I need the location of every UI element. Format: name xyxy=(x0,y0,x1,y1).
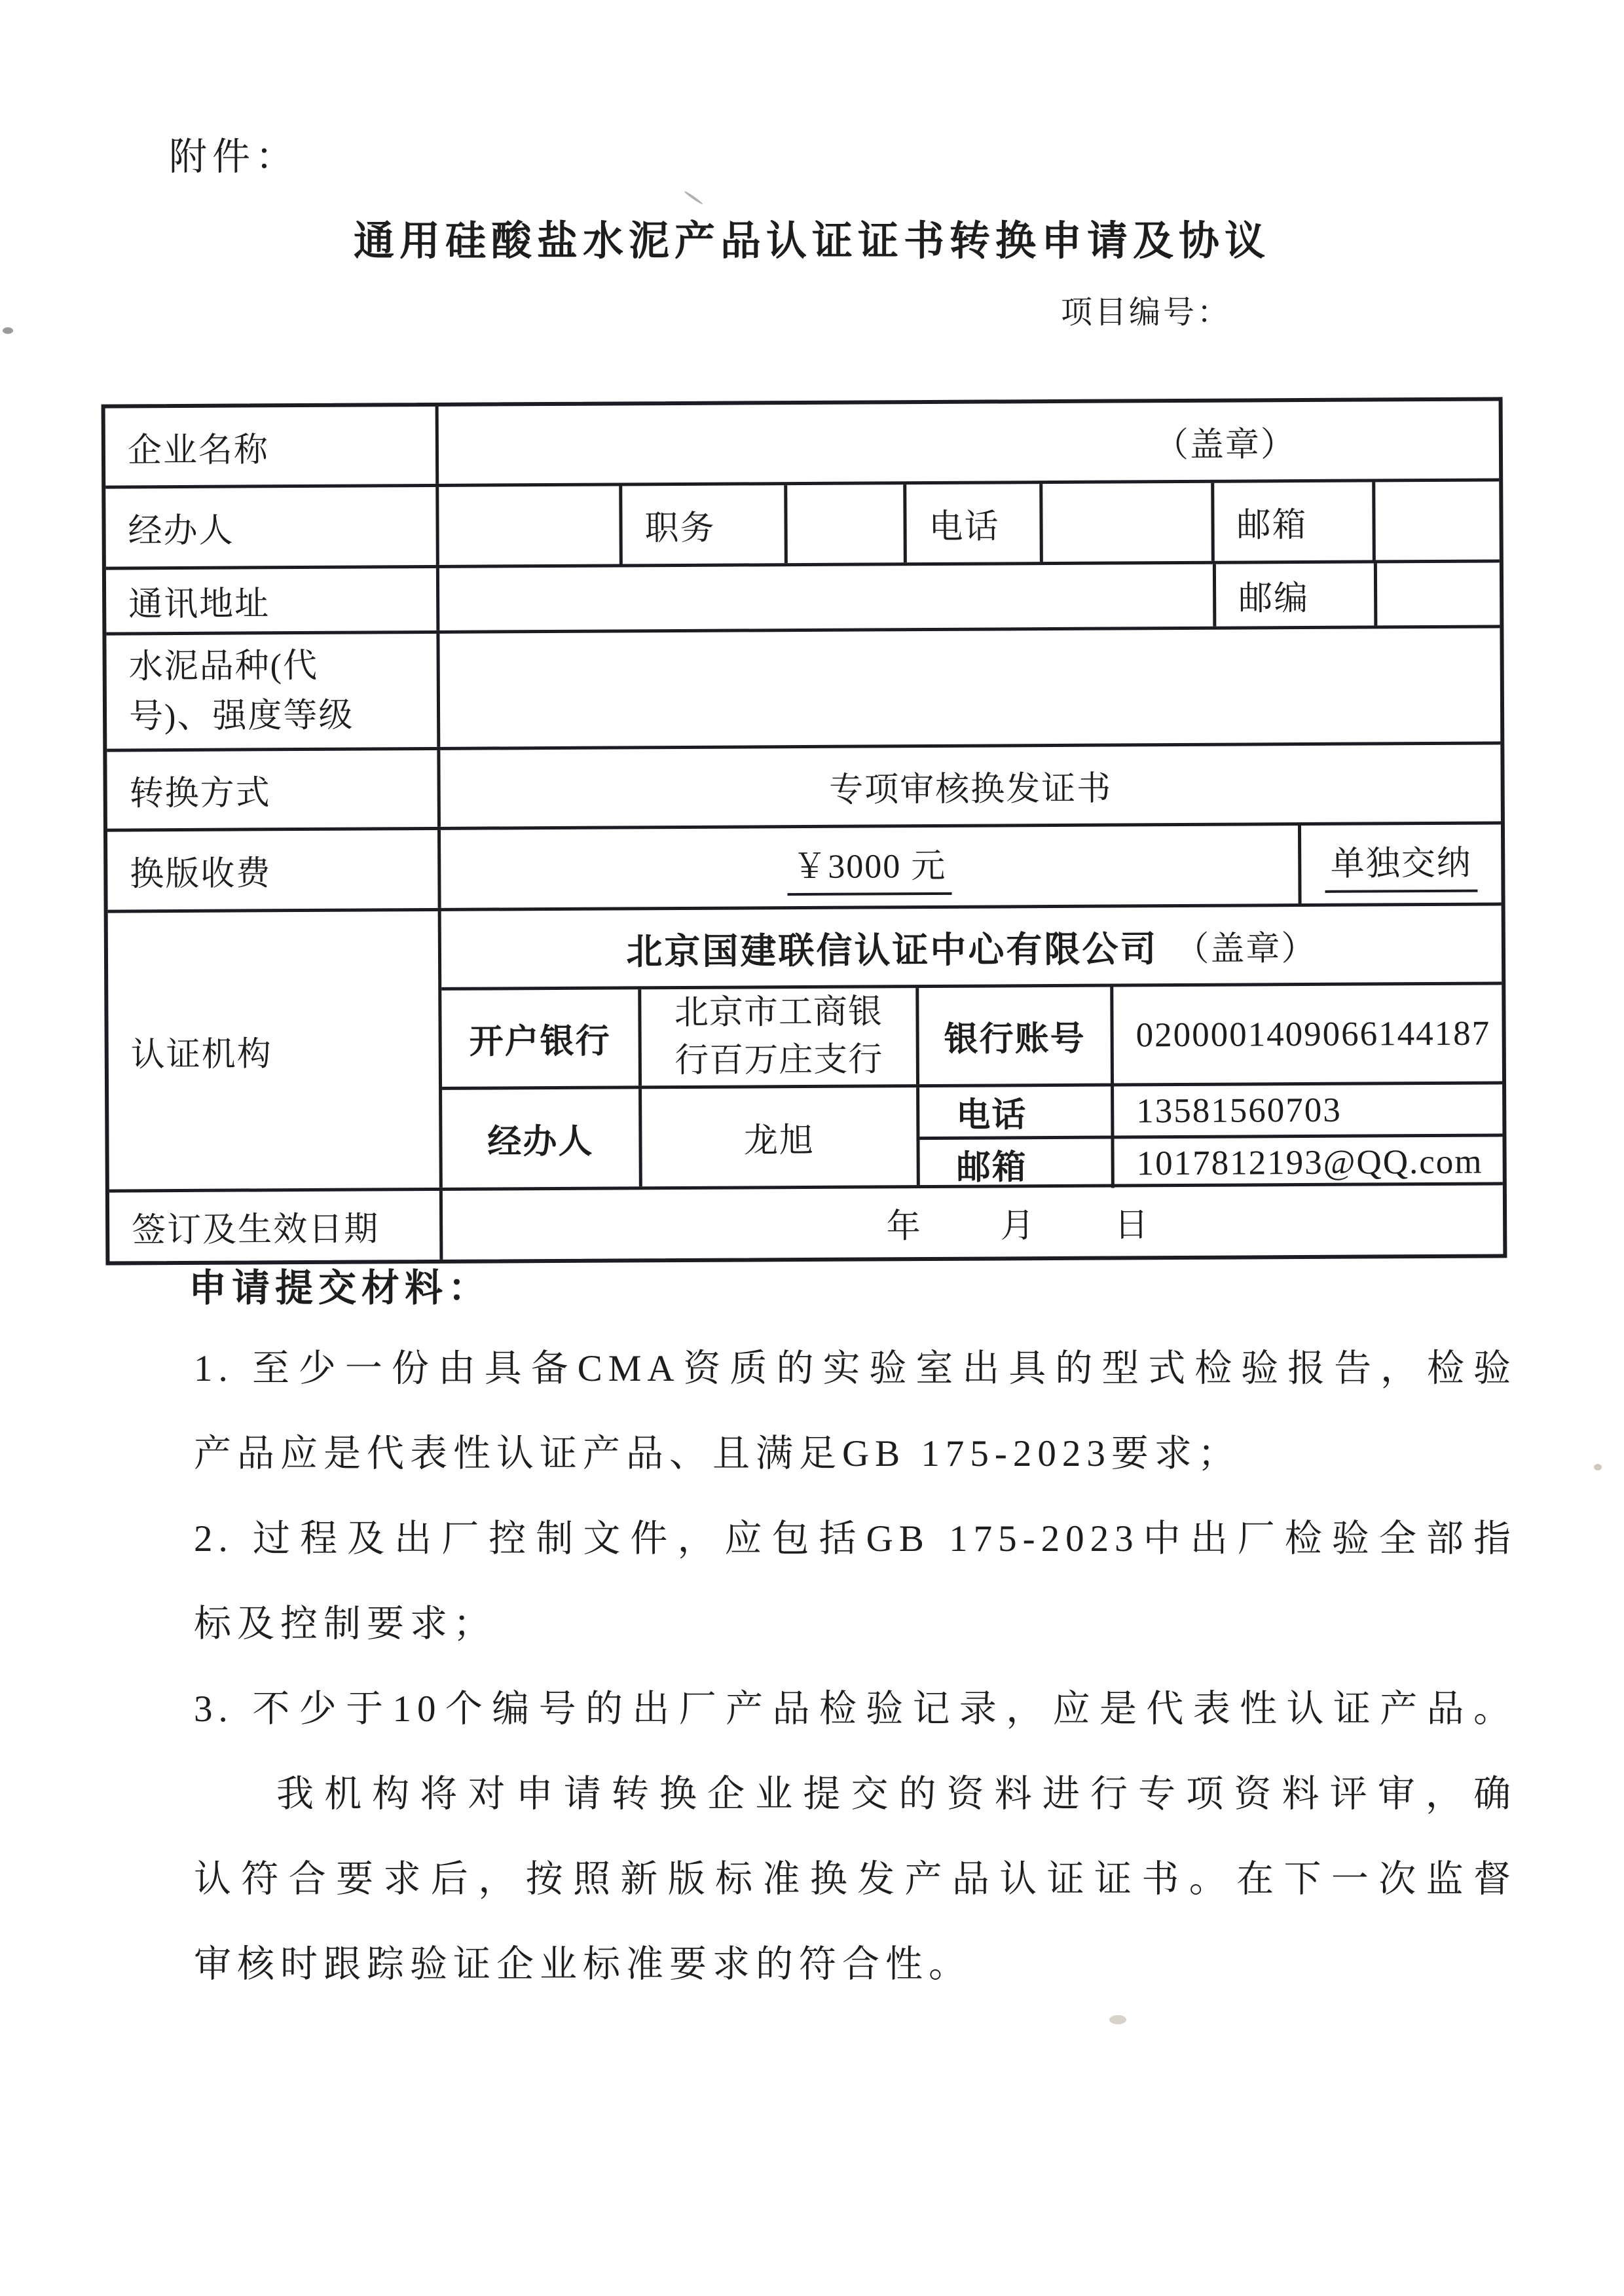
phone-label: 电话 xyxy=(903,484,1040,562)
agency-email-row: 邮箱 1017812193@QQ.com xyxy=(919,1133,1502,1189)
email-label: 邮箱 xyxy=(1211,482,1373,560)
address-label: 通讯地址 xyxy=(106,568,436,632)
cement-variety-label: 水泥品种(代号)、强度等级 xyxy=(106,634,437,749)
agency-company-cell: 北京国建联信认证中心有限公司 （盖章） xyxy=(441,905,1502,987)
table-row-conversion-method: 转换方式 专项审核换发证书 xyxy=(107,741,1501,828)
conversion-method-value: 专项审核换发证书 xyxy=(437,744,1501,827)
conversion-method-label: 转换方式 xyxy=(107,750,437,829)
agency-email-label: 邮箱 xyxy=(919,1139,1111,1190)
fee-value-cell: ￥3000 元 xyxy=(437,826,1299,908)
handler-label: 经办人 xyxy=(105,487,436,567)
scan-artifact xyxy=(1594,1464,1602,1470)
fee-note-cell: 单独交纳 xyxy=(1298,824,1502,903)
address-value-cell xyxy=(436,564,1213,630)
table-row-certification-body: 认证机构 北京国建联信认证中心有限公司 （盖章） 开户银行 北京市工商银行百万庄… xyxy=(108,902,1503,1189)
application-form-table: 企业名称 （盖章） 经办人 职务 电话 邮箱 通讯地址 邮编 水泥品种(代 xyxy=(101,397,1507,1265)
signing-date-label: 签订及生效日期 xyxy=(109,1191,440,1262)
materials-text: 1. 至少一份由具备CMA资质的实验室出具的型式检验报告，检验 产品应是代表性认… xyxy=(194,1326,1517,2007)
materials-line: 产品应是代表性认证产品、且满足GB 175-2023要求； xyxy=(194,1412,1517,1497)
materials-line: 2. 过程及出厂控制文件，应包括GB 175-2023中出厂检验全部指 xyxy=(194,1497,1517,1582)
materials-line: 3. 不少于10个编号的出厂产品检验记录，应是代表性认证产品。 xyxy=(194,1667,1517,1752)
agency-company-subrow: 北京国建联信认证中心有限公司 （盖章） xyxy=(441,905,1502,987)
agency-contact-stack: 电话 13581560703 邮箱 1017812193@QQ.com xyxy=(916,1084,1503,1185)
page-title: 通用硅酸盐水泥产品认证证书转换申请及协议 xyxy=(0,208,1624,266)
materials-line: 认符合要求后，按照新版标准换发产品认证证书。在下一次监督 xyxy=(194,1837,1517,1922)
scanned-document-page: 附件： 通用硅酸盐水泥产品认证证书转换申请及协议 项目编号： 企业名称 （盖章）… xyxy=(0,0,1624,2296)
table-row-handler: 经办人 职务 电话 邮箱 xyxy=(105,478,1500,566)
scan-artifact xyxy=(3,327,13,334)
bank-name-value: 北京市工商银行百万庄支行 xyxy=(638,988,916,1085)
agency-agent-value: 龙旭 xyxy=(638,1087,917,1186)
project-number-label: 项目编号： xyxy=(1061,287,1231,332)
agency-phone-value: 13581560703 xyxy=(1111,1084,1502,1135)
bank-account-label: 银行账号 xyxy=(915,987,1111,1085)
phone-value-cell xyxy=(1039,483,1211,562)
table-row-address: 通讯地址 邮编 xyxy=(106,559,1500,632)
table-row-cement-variety: 水泥品种(代号)、强度等级 xyxy=(106,625,1500,748)
materials-heading: 申请提交材料： xyxy=(189,1257,491,1312)
table-row-fee: 换版收费 ￥3000 元 单独交纳 xyxy=(107,821,1502,909)
agency-email-value: 1017812193@QQ.com xyxy=(1111,1137,1502,1188)
company-name-value-cell: （盖章） xyxy=(435,401,1500,484)
materials-line: 1. 至少一份由具备CMA资质的实验室出具的型式检验报告，检验 xyxy=(194,1326,1517,1412)
table-row-company-name: 企业名称 （盖章） xyxy=(105,401,1500,485)
agency-company-name: 北京国建联信认证中心有限公司 xyxy=(626,920,1158,974)
materials-line: 审核时跟踪验证企业标准要求的符合性。 xyxy=(194,1922,1517,2007)
company-seal-note: （盖章） xyxy=(1154,416,1296,466)
agency-agent-label: 经办人 xyxy=(442,1089,639,1188)
bank-label: 开户银行 xyxy=(441,989,638,1087)
fee-label: 换版收费 xyxy=(107,830,438,910)
email-value-cell xyxy=(1372,481,1500,560)
job-title-value-cell xyxy=(784,484,904,563)
zip-label: 邮编 xyxy=(1213,563,1374,626)
materials-line: 我机构将对申请转换企业提交的资料进行专项资料评审，确 xyxy=(194,1752,1517,1837)
certification-body-label: 认证机构 xyxy=(108,911,439,1190)
agency-bank-subrow: 开户银行 北京市工商银行百万庄支行 银行账号 02000014090661441… xyxy=(441,981,1502,1086)
year-placeholder: 年 xyxy=(886,1198,921,1247)
handler-value-cell xyxy=(435,486,619,564)
bank-account-value: 0200001409066144187 xyxy=(1110,985,1502,1083)
scan-artifact xyxy=(1109,2015,1126,2024)
agency-agent-subrow: 经办人 龙旭 电话 13581560703 邮箱 1017812193@QQ.c… xyxy=(442,1081,1503,1187)
signing-date-value-cell: 年 月 日 xyxy=(439,1185,1504,1260)
company-name-label: 企业名称 xyxy=(105,407,436,486)
scan-artifact xyxy=(684,191,703,206)
attachment-label: 附件： xyxy=(169,126,299,181)
month-placeholder: 月 xyxy=(1000,1197,1035,1247)
agency-phone-row: 电话 13581560703 xyxy=(919,1084,1502,1137)
agency-seal-note: （盖章） xyxy=(1175,920,1316,970)
cement-variety-value-cell xyxy=(436,628,1500,747)
day-placeholder: 日 xyxy=(1114,1197,1149,1246)
materials-line: 标及控制要求； xyxy=(194,1582,1517,1667)
zip-value-cell xyxy=(1374,562,1500,625)
table-row-signing-date: 签订及生效日期 年 月 日 xyxy=(109,1182,1504,1261)
fee-amount: ￥3000 元 xyxy=(787,838,951,896)
fee-note: 单独交纳 xyxy=(1325,835,1477,893)
agency-phone-label: 电话 xyxy=(919,1087,1111,1137)
job-title-label: 职务 xyxy=(619,485,784,564)
certification-body-details: 北京国建联信认证中心有限公司 （盖章） 开户银行 北京市工商银行百万庄支行 银行… xyxy=(438,905,1503,1187)
